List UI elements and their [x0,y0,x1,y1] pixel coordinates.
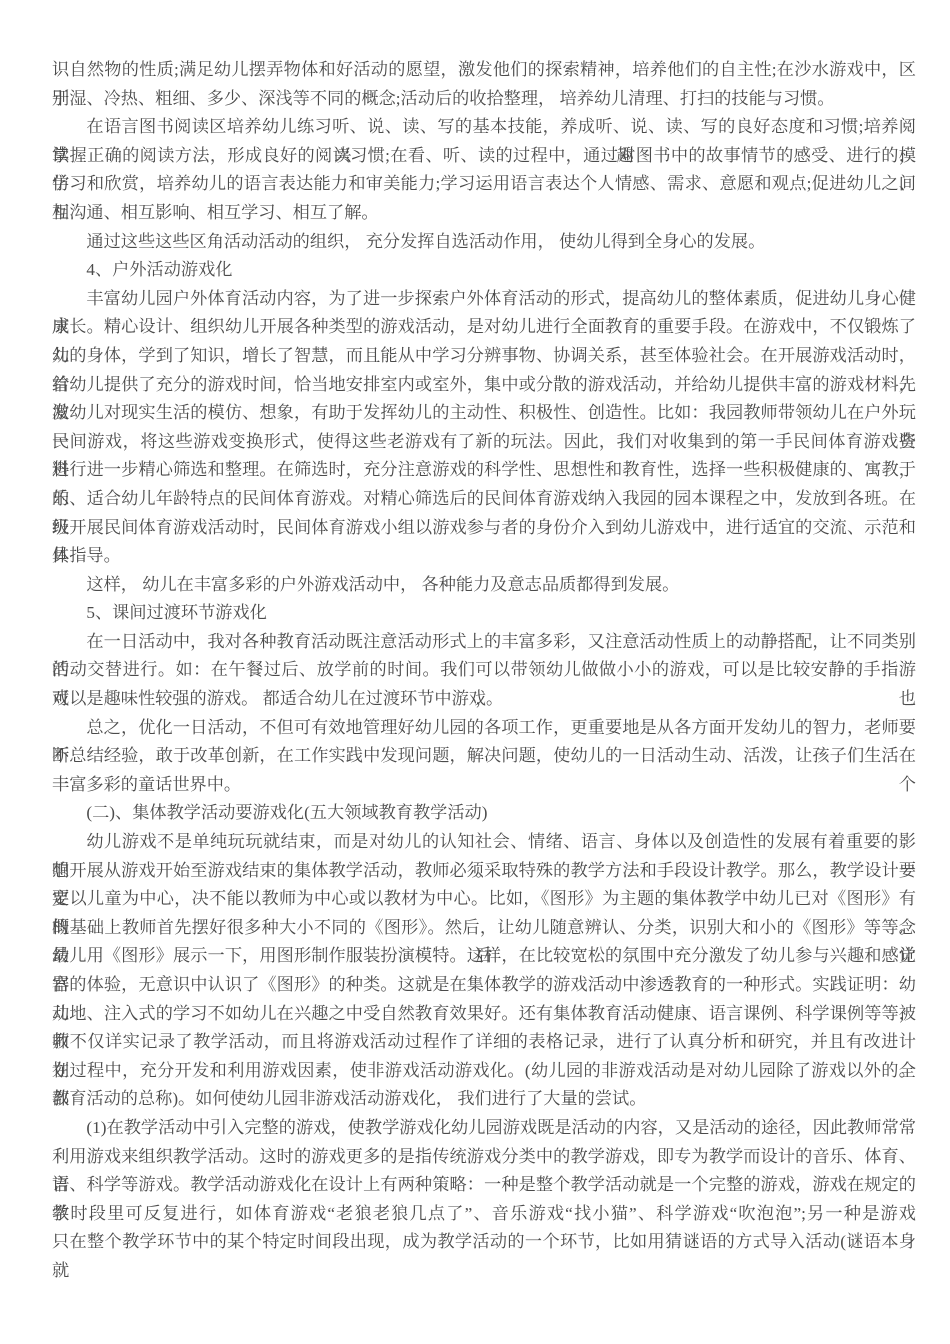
text-line: 发幼儿对现实生活的模仿、想象，有助于发挥幼儿的主动性、积极性、创造性。比如：我园… [52,399,916,428]
text-line: 这样， 幼儿在丰富多彩的户外游戏活动中， 各种能力及意志品质都得到发展。 [52,571,916,600]
text-line: 学习和欣赏，培养幼儿的语言表达能力和审美能力;学习运用语言表达个人情感、需求、意… [52,170,916,199]
text-line: 体指导。 [52,542,916,571]
text-line: 官的体验，无意识中认识了《图形》的种类。这就是在集体教学的游戏活动中渗透教育的一… [52,971,916,1000]
text-line: 利用游戏来组织教学活动。这时的游戏更多的是指传统游戏分类中的教学游戏，即专为教学… [52,1143,916,1172]
text-line: 师不仅详实记录了教学活动，而且将游戏活动过程作了详细的表格记录，进行了认真分析和… [52,1028,916,1057]
text-line: 的基础上教师首先摆好很多种大小不同的《图形》。然后，让幼儿随意辨认、分类，识别大… [52,914,916,943]
text-line: 民间游戏，将这些游戏变换形式，使得这些老游戏有了新的玩法。因此，我们对收集到的第… [52,428,916,457]
text-line: 识自然物的性质;满足幼儿摆弄物体和好活动的愿望，激发他们的探索精神，培养他们的自… [52,56,916,85]
text-line: 儿的身体，学到了知识，增长了智慧，而且能从中学习分辨事物、协调关系，甚至体验社会… [52,342,916,371]
section-heading-line: 4、户外活动游戏化 [52,256,916,285]
text-line: 掌握正确的阅读方法，形成良好的阅读习惯;在看、听、读的过程中，通过对图书中的故事… [52,142,916,171]
text-line: (1)在教学活动中引入完整的游戏，使教学游戏化幼儿园游戏既是活动的内容，又是活动… [52,1114,916,1143]
text-line: 在一日活动中，我对各种教育活动既注意活动形式上的丰富多彩，又注意活动性质上的动静… [52,628,916,657]
document-body: 识自然物的性质;满足幼儿摆弄物体和好活动的愿望，激发他们的探索精神，培养他们的自… [52,56,916,1257]
text-line: 幼儿游戏不是单纯玩玩就结束，而是对幼儿的认知社会、情绪、语言、身体以及创造性的发… [52,828,916,857]
text-line: 学时段里可反复进行，如体育游戏“老狼老狼几点了”、音乐游戏“找小猫”、科学游戏“… [52,1200,916,1229]
text-line: 成长。精心设计、组织幼儿开展各种类型的游戏活动，是对幼儿进行全面教育的重要手段。… [52,313,916,342]
text-line: 只在整个教学环节中的某个特定时间段出现，成为教学活动的一个环节，比如用猜谜语的方… [52,1228,916,1257]
text-line: 通过这些这些区角活动活动的组织， 充分发挥自选活动作用， 使幼儿得到全身心的发展… [52,228,916,257]
text-line: 互沟通、相互影响、相互学习、相互了解。 [52,199,916,228]
text-line: 幼儿用《图形》展示一下，用图形制作服装扮演模特。这样，在比较宽松的氛围中充分激发… [52,942,916,971]
text-line: 活动交替进行。如：在午餐过后、放学前的时间。我们可以带领幼儿做做小小的游戏，可以… [52,656,916,685]
document-page: 识自然物的性质;满足幼儿摆弄物体和好活动的愿望，激发他们的探索精神，培养他们的自… [0,0,950,1344]
text-line: 级开展民间体育游戏活动时，民间体育游戏小组以游戏参与者的身份介入到幼儿游戏中，进… [52,514,916,543]
text-line: 给幼儿提供了充分的游戏时间，恰当地安排室内或室外，集中或分散的游戏活动，并给幼儿… [52,371,916,400]
text-line: 干湿、冷热、粗细、多少、深浅等不同的概念;活动后的收拾整理， 培养幼儿清理、打扫… [52,85,916,114]
text-line: 要以儿童为中心，决不能以教师为中心或以教材为中心。比如，《图形》为主题的集体教学… [52,885,916,914]
text-line: 教育活动的总称)。如何使幼儿园非游戏活动游戏化， 我们进行了大量的尝试。 [52,1085,916,1114]
text-line: 进行进一步精心筛选和整理。在筛选时，充分注意游戏的科学性、思想性和教育性，选择一… [52,456,916,485]
text-line: 总之，优化一日活动，不但可有效地管理好幼儿园的各项工作，更重要地是从各方面开发幼… [52,714,916,743]
text-line: 言、科学等游戏。教学活动游戏化在设计上有两种策略：一种是整个教学活动就是一个完整… [52,1171,916,1200]
text-line: 丰富幼儿园户外体育活动内容，为了进一步探索户外体育活动的形式，提高幼儿的整体素质… [52,285,916,314]
text-line: 断总结经验，敢于改革创新，在工作实践中发现问题，解决问题，使幼儿的一日活动生动、… [52,742,916,771]
text-line: 动地、注入式的学习不如幼儿在兴趣之中受自然教育效果好。还有集体教育活动健康、语言… [52,1000,916,1029]
section-heading-line: 5、课间过渡环节游戏化 [52,599,916,628]
text-line: 在过程中，充分开发和利用游戏因素，使非游戏活动游戏化。(幼儿园的非游戏活动是对幼… [52,1057,916,1086]
text-line: 的、适合幼儿年龄特点的民间体育游戏。对精心筛选后的民间体育游戏纳入我园的园本课程… [52,485,916,514]
text-line: 想开展从游戏开始至游戏结束的集体教学活动，教师必须采取特殊的教学方法和手段设计教… [52,857,916,886]
section-heading-line: (二)、集体教学活动要游戏化(五大领域教育教学活动) [52,799,916,828]
text-line: 在语言图书阅读区培养幼儿练习听、说、读、写的基本技能，养成听、说、读、写的良好态… [52,113,916,142]
